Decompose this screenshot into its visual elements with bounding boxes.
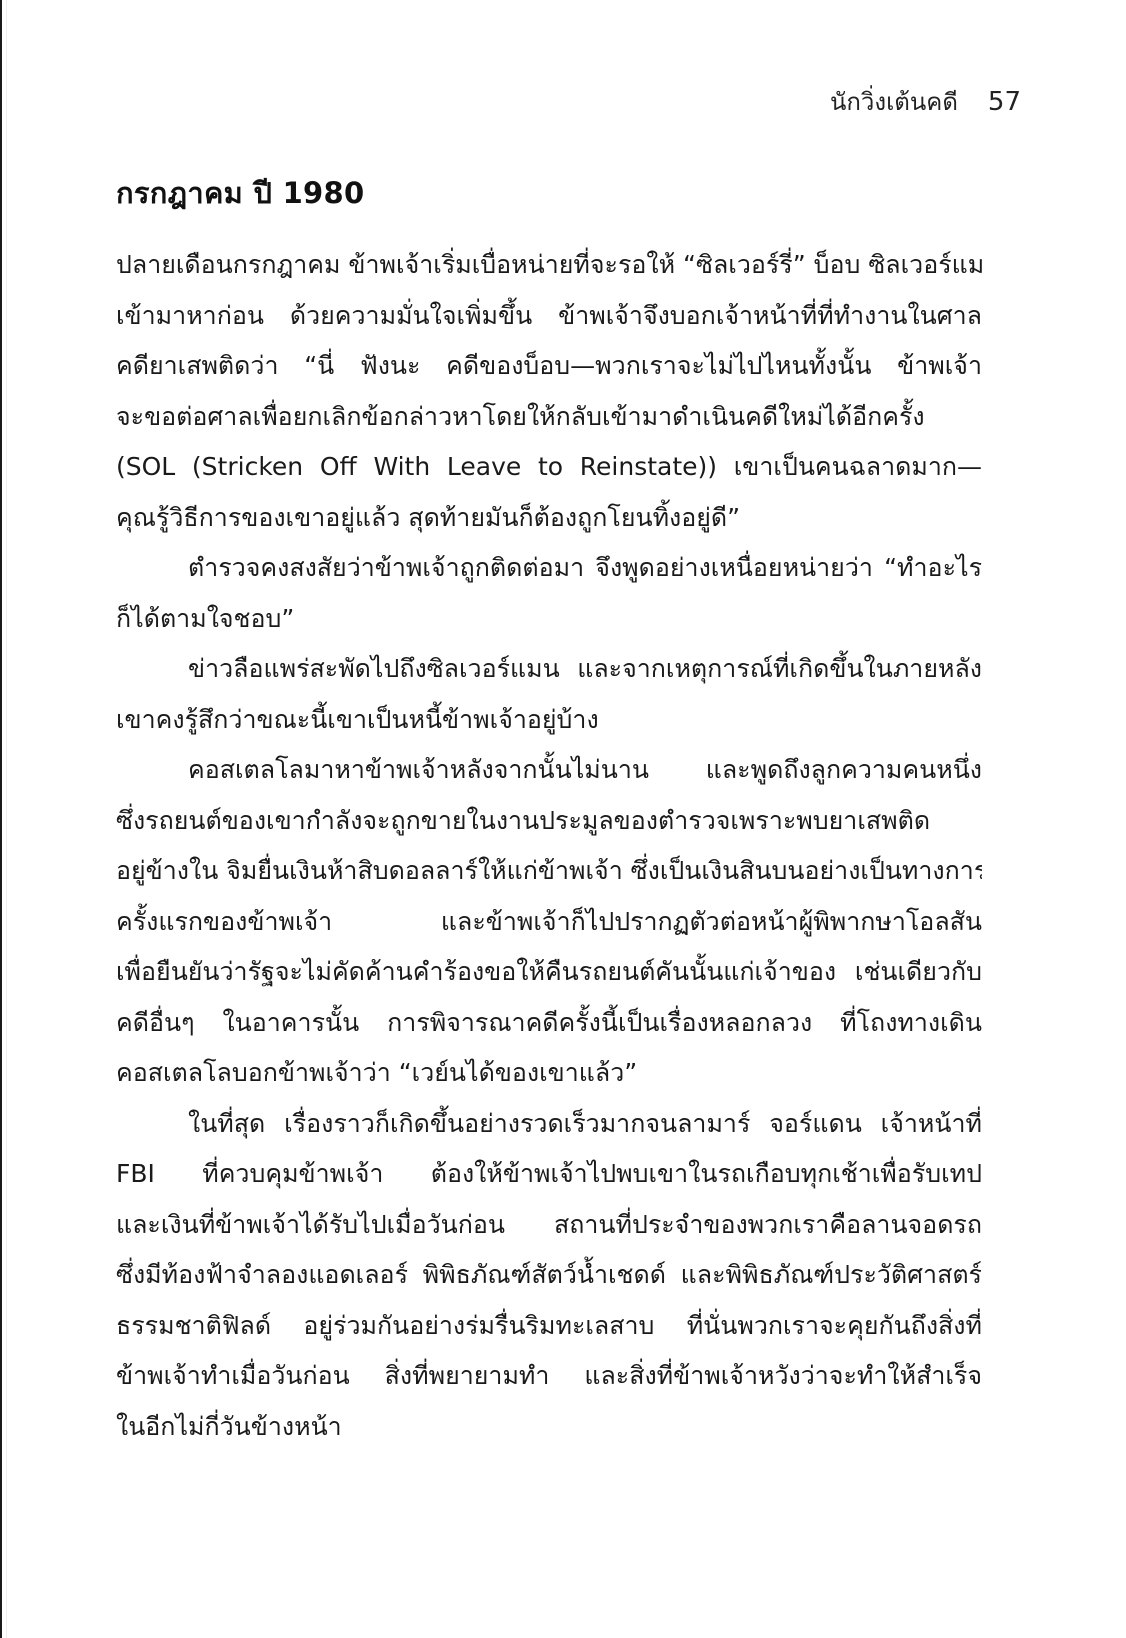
text-line: เข้ามาหาก่อน ด้วยความมั่นใจเพิ่มขึ้น ข้า… <box>116 291 982 342</box>
text-line: เขาคงรู้สึกว่าขณะนี้เขาเป็นหนี้ข้าพเจ้าอ… <box>116 695 982 746</box>
text-line: ธรรมชาติฟิลด์ อยู่ร่วมกันอย่างร่มรื่นริม… <box>116 1301 982 1352</box>
text-line: จะขอต่อศาลเพื่อยกเลิกข้อกล่าวหาโดยให้กลั… <box>116 392 982 443</box>
paragraph-1: ปลายเดือนกรกฎาคม ข้าพเจ้าเริ่มเบื่อหน่าย… <box>116 240 982 543</box>
text-line: ก็ได้ตามใจชอบ” <box>116 594 982 645</box>
running-header: นักวิ่งเต้นคดี 57 <box>830 82 1021 121</box>
text-line: คดีอื่นๆ ในอาคารนั้น การพิจารณาคดีครั้งน… <box>116 998 982 1049</box>
text-line: ปลายเดือนกรกฎาคม ข้าพเจ้าเริ่มเบื่อหน่าย… <box>116 240 982 291</box>
paragraph-5: ในที่สุด เรื่องราวก็เกิดขึ้นอย่างรวดเร็ว… <box>116 1099 982 1453</box>
text-line: ซึ่งรถยนต์ของเขากำลังจะถูกขายในงานประมูล… <box>116 796 982 847</box>
text-line: ในที่สุด เรื่องราวก็เกิดขึ้นอย่างรวดเร็ว… <box>116 1099 982 1150</box>
text-line: ครั้งแรกของข้าพเจ้า และข้าพเจ้าก็ไปปรากฏ… <box>116 897 982 948</box>
running-title: นักวิ่งเต้นคดี <box>830 82 958 121</box>
text-line: ซึ่งมีท้องฟ้าจำลองแอดเลอร์ พิพิธภัณฑ์สัต… <box>116 1250 982 1301</box>
paragraph-2: ตำรวจคงสงสัยว่าข้าพเจ้าถูกติดต่อมา จึงพู… <box>116 543 982 644</box>
page-number: 57 <box>988 87 1021 117</box>
text-line: (SOL (Stricken Off With Leave to Reinsta… <box>116 442 982 493</box>
page-gutter-line <box>6 0 7 1638</box>
page-body: กรกฎาคม ปี 1980 ปลายเดือนกรกฎาคม ข้าพเจ้… <box>116 168 982 1452</box>
text-line: เพื่อยืนยันว่ารัฐจะไม่คัดค้านคำร้องขอให้… <box>116 947 982 998</box>
text-line: คอสเตลโลมาหาข้าพเจ้าหลังจากนั้นไม่นาน แล… <box>116 745 982 796</box>
text-line: ตำรวจคงสงสัยว่าข้าพเจ้าถูกติดต่อมา จึงพู… <box>116 543 982 594</box>
paragraph-3: ข่าวลือแพร่สะพัดไปถึงซิลเวอร์แมน และจากเ… <box>116 644 982 745</box>
text-line: คุณรู้วิธีการของเขาอยู่แล้ว สุดท้ายมันก็… <box>116 493 982 544</box>
paragraph-4: คอสเตลโลมาหาข้าพเจ้าหลังจากนั้นไม่นาน แล… <box>116 745 982 1099</box>
text-line: คอสเตลโลบอกข้าพเจ้าว่า “เวย์นได้ของเขาแล… <box>116 1048 982 1099</box>
text-line: ในอีกไม่กี่วันข้างหน้า <box>116 1402 982 1453</box>
text-line: ข่าวลือแพร่สะพัดไปถึงซิลเวอร์แมน และจากเ… <box>116 644 982 695</box>
text-line: FBI ที่ควบคุมข้าพเจ้า ต้องให้ข้าพเจ้าไปพ… <box>116 1149 982 1200</box>
section-title: กรกฎาคม ปี 1980 <box>116 168 982 218</box>
page-edge-border <box>0 0 2 1638</box>
text-line: และเงินที่ข้าพเจ้าได้รับไปเมื่อวันก่อน ส… <box>116 1200 982 1251</box>
text-line: อยู่ข้างใน จิมยื่นเงินห้าสิบดอลลาร์ให้แก… <box>116 846 982 897</box>
text-line: คดียาเสพติดว่า “นี่ ฟังนะ คดีของบ็อบ—พวก… <box>116 341 982 392</box>
text-line: ข้าพเจ้าทำเมื่อวันก่อน สิ่งที่พยายามทำ แ… <box>116 1351 982 1402</box>
